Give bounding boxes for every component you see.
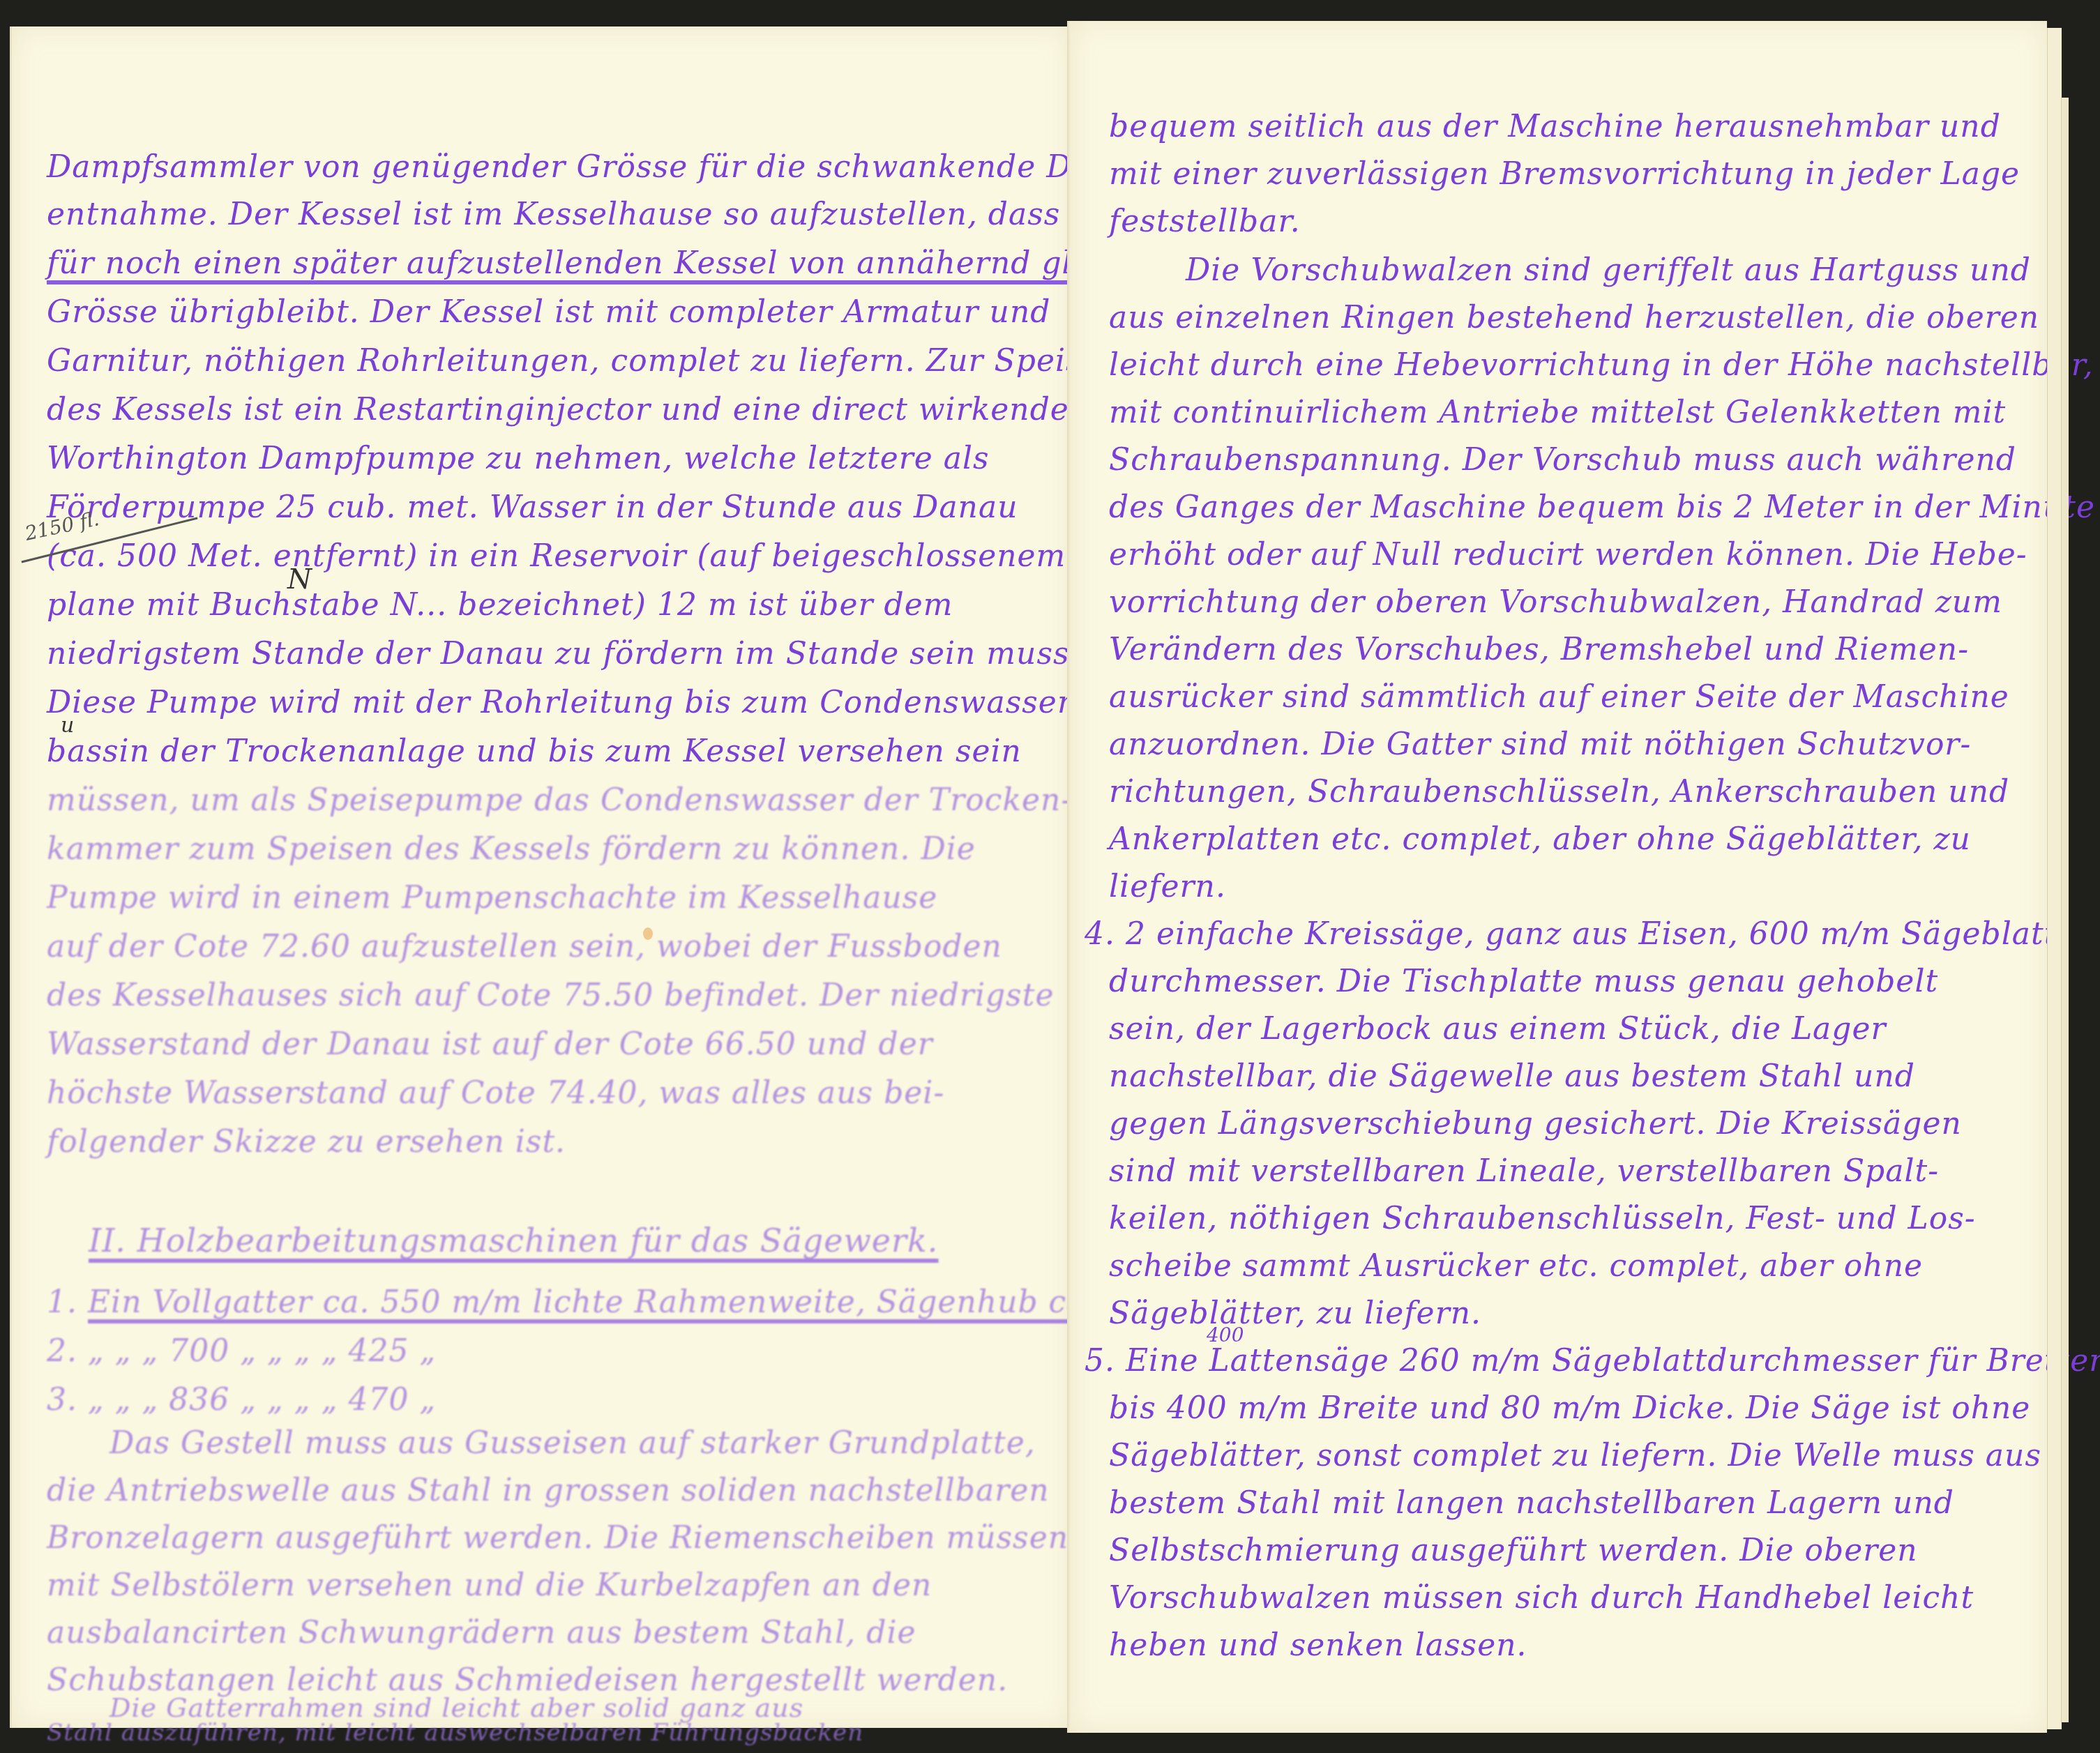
- text-line: erhöht oder auf Null reducirt werden kön…: [1109, 540, 2027, 570]
- text-line: Die Gatterrahmen sind leicht aber solid …: [109, 1694, 803, 1721]
- right-page: bequem seitlich aus der Maschine herausn…: [1071, 21, 2047, 1733]
- text-line: Worthington Dampfpumpe zu nehmen, welche…: [47, 443, 990, 474]
- text-line: müssen, um als Speisepumpe das Condenswa…: [47, 785, 1072, 816]
- list-item: 3. „ „ „ 836 „ „ „ „ 470 „: [47, 1385, 436, 1416]
- text-line: bestem Stahl mit langen nachstellbaren L…: [1109, 1488, 1954, 1519]
- text-line: ausbalancirten Schwungrädern aus bestem …: [47, 1618, 916, 1648]
- inserted-letter: u: [61, 713, 74, 738]
- text-line: Schraubenspannung. Der Vorschub muss auc…: [1109, 445, 2016, 476]
- ink-stain: [643, 927, 653, 940]
- section-heading: II. Holzbearbeitungsmaschinen für das Sä…: [89, 1224, 939, 1257]
- list-item-text: „ „ „ 700 „ „ „ „ 425 „: [88, 1333, 436, 1369]
- text-line: richtungen, Schraubenschlüsseln, Ankersc…: [1109, 777, 2009, 807]
- inserted-mark: N: [287, 563, 312, 595]
- list-item-5-line: 5. Eine Lattensäge 260 m/m Sägeblattdurc…: [1085, 1346, 2100, 1376]
- text-line: durchmesser. Die Tischplatte muss genau …: [1109, 966, 1938, 997]
- text-line: Ankerplatten etc. complet, aber ohne Säg…: [1109, 824, 1971, 855]
- text-line: niedrigstem Stande der Danau zu fördern …: [47, 639, 1080, 669]
- text-line: mit Selbstölern versehen und die Kurbelz…: [47, 1570, 932, 1601]
- text-line: keilen, nöthigen Schraubenschlüsseln, Fe…: [1109, 1204, 1976, 1234]
- text-line: Selbstschmierung ausgeführt werden. Die …: [1109, 1535, 1918, 1566]
- text-line: ausrücker sind sämmtlich auf einer Seite…: [1109, 682, 2009, 713]
- text-line: vorrichtung der oberen Vorschubwalzen, H…: [1109, 587, 2002, 618]
- text-line: für noch einen später aufzustellenden Ke…: [47, 248, 1174, 279]
- page-edge: [2047, 28, 2062, 1729]
- text-line: Schubstangen leicht aus Schmiedeisen her…: [47, 1665, 1008, 1696]
- text-line: plane mit Buchstabe N... bezeichnet) 12 …: [47, 590, 953, 621]
- text-line: scheibe sammt Ausrücker etc. complet, ab…: [1109, 1251, 1923, 1282]
- text-line: bequem seitlich aus der Maschine herausn…: [1109, 112, 2001, 142]
- list-item-number: 2.: [47, 1333, 77, 1369]
- text-line: Sägeblätter, zu liefern.: [1109, 1298, 1481, 1329]
- text-line: sein, der Lagerbock aus einem Stück, die…: [1109, 1014, 1887, 1045]
- text-line: Grösse übrigbleibt. Der Kessel ist mit c…: [47, 297, 1050, 328]
- text-line: Diese Pumpe wird mit der Rohrleitung bis…: [47, 688, 1084, 718]
- list-item-number: 3.: [47, 1382, 77, 1418]
- text-line: des Kesselhauses sich auf Cote 75.50 bef…: [47, 980, 1054, 1011]
- text-line: Sägeblätter, sonst complet zu liefern. D…: [1109, 1441, 2041, 1471]
- text-line: sind mit verstellbaren Lineale, verstell…: [1109, 1156, 1939, 1187]
- list-item-number: 1.: [47, 1284, 77, 1320]
- list-item-4-line: 4. 2 einfache Kreissäge, ganz aus Eisen,…: [1085, 919, 2068, 950]
- text-line: aus einzelnen Ringen bestehend herzustel…: [1109, 303, 2039, 333]
- text-line: folgender Skizze zu ersehen ist.: [47, 1127, 566, 1158]
- text-line: auf der Cote 72.60 aufzustellen sein, wo…: [47, 932, 1002, 962]
- text-line: Die Vorschubwalzen sind geriffelt aus Ha…: [1186, 255, 2031, 286]
- text-line: gegen Längsverschiebung gesichert. Die K…: [1109, 1109, 1962, 1139]
- text-line: entnahme. Der Kessel ist im Kesselhause …: [47, 199, 1151, 230]
- text-line: Garnitur, nöthigen Rohrleitungen, comple…: [47, 346, 1143, 377]
- text-line: anzuordnen. Die Gatter sind mit nöthigen…: [1109, 729, 1971, 760]
- text-line: des Kessels ist ein Restartinginjector u…: [47, 395, 1069, 425]
- text-line: Verändern des Vorschubes, Bremshebel und…: [1109, 635, 1969, 665]
- text-line: leicht durch eine Hebevorrichtung in der…: [1109, 350, 2094, 381]
- text-line: heben und senken lassen.: [1109, 1630, 1527, 1661]
- text-line: feststellbar.: [1109, 206, 1301, 237]
- text-line: nachstellbar, die Sägewelle aus bestem S…: [1109, 1061, 1915, 1092]
- list-item-text: „ „ „ 836 „ „ „ „ 470 „: [88, 1382, 436, 1418]
- right-page-text: bequem seitlich aus der Maschine herausn…: [1071, 21, 2047, 1733]
- left-page-text: Dampfsammler von genügender Grösse für d…: [12, 26, 1072, 1728]
- text-line: liefern.: [1109, 872, 1226, 902]
- text-line: bassin der Trockenanlage und bis zum Kes…: [47, 736, 1022, 767]
- list-item: 2. „ „ „ 700 „ „ „ „ 425 „: [47, 1336, 436, 1367]
- text-line: Stahl auszuführen, mit leicht auswechsel…: [47, 1721, 863, 1745]
- text-line: Bronzelagern ausgeführt werden. Die Riem…: [47, 1523, 1068, 1554]
- text-line: die Antriebswelle aus Stahl in grossen s…: [47, 1475, 1050, 1506]
- text-line: Dampfsammler von genügender Grösse für d…: [47, 152, 1163, 183]
- page-edge: [2061, 98, 2069, 1722]
- text-line: des Ganges der Maschine bequem bis 2 Met…: [1109, 492, 2095, 523]
- left-page: Dampfsammler von genügender Grösse für d…: [10, 26, 1072, 1728]
- text-line: mit continuirlichem Antriebe mittelst Ge…: [1109, 397, 2006, 428]
- text-line: Vorschubwalzen müssen sich durch Handheb…: [1109, 1583, 1974, 1614]
- text-line: Das Gestell muss aus Gusseisen auf stark…: [109, 1428, 1036, 1459]
- text-line: bis 400 m/m Breite und 80 m/m Dicke. Die…: [1109, 1393, 2030, 1424]
- text-line: mit einer zuverlässigen Bremsvorrichtung…: [1109, 159, 2020, 190]
- text-line: höchste Wasserstand auf Cote 74.40, was …: [47, 1078, 944, 1109]
- text-line: Wasserstand der Danau ist auf der Cote 6…: [47, 1029, 933, 1060]
- text-line: Pumpe wird in einem Pumpenschachte im Ke…: [47, 883, 937, 913]
- text-line: kammer zum Speisen des Kessels fördern z…: [47, 834, 976, 865]
